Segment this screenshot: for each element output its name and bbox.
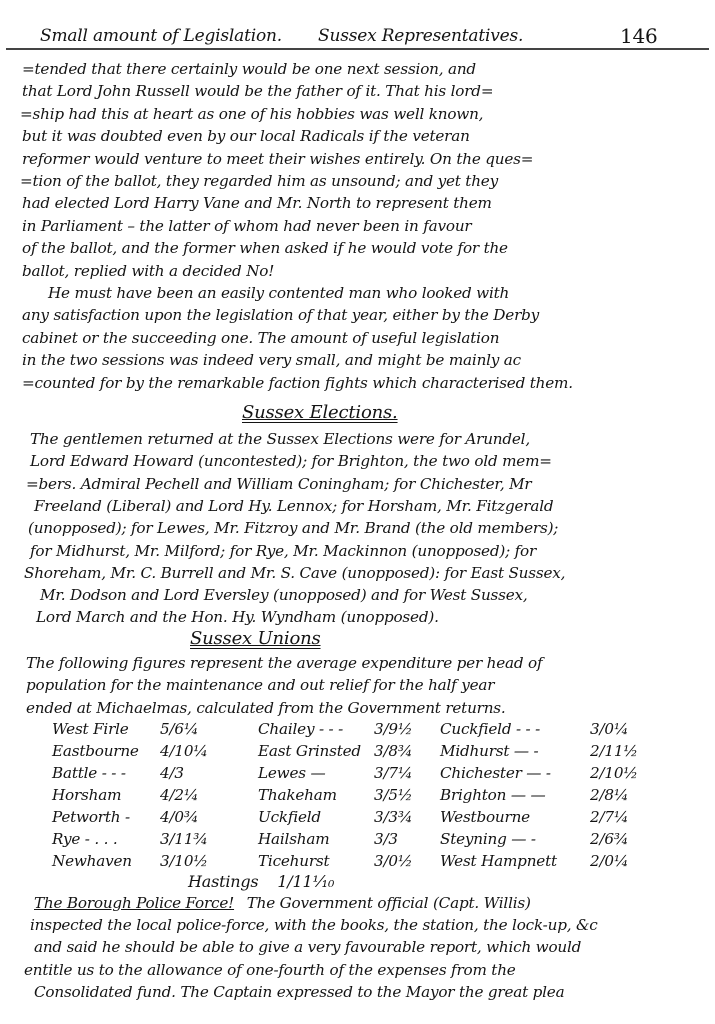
union-name: Horsham	[52, 786, 121, 804]
text-line: Lord March and the Hon. Hy. Wyndham (uno…	[36, 608, 439, 626]
text-line: =counted for by the remarkable faction f…	[22, 374, 573, 392]
union-row: Cuckfield - - -3/0¼	[440, 720, 540, 738]
union-value: 1/11⅒	[277, 872, 334, 891]
union-value: 3/10½	[160, 852, 208, 870]
union-row: East Grinsted3/8¾	[258, 742, 361, 760]
union-value: 2/11½	[590, 742, 638, 760]
union-row: Steyning — -2/6¾	[440, 830, 536, 848]
union-value: 3/0¼	[590, 720, 628, 738]
header-center-title: Sussex Representatives.	[318, 26, 523, 46]
union-name: Midhurst — -	[440, 742, 538, 760]
union-value: 3/5½	[374, 786, 412, 804]
hastings-row: Hastings 1/11⅒	[188, 872, 334, 891]
union-value: 4/0¾	[160, 808, 198, 826]
text-line: ballot, replied with a decided No!	[22, 262, 274, 280]
text-line: =bers. Admiral Pechell and William Conin…	[26, 475, 532, 493]
text-line: The gentlemen returned at the Sussex Ele…	[30, 430, 530, 448]
text-line: (unopposed); for Lewes, Mr. Fitzroy and …	[28, 519, 558, 537]
union-value: 3/3	[374, 830, 398, 848]
union-row: Brighton — —2/8¼	[440, 786, 545, 804]
union-name: Cuckfield - - -	[440, 720, 540, 738]
union-value: 2/8¼	[590, 786, 628, 804]
text-line: any satisfaction upon the legislation of…	[22, 306, 539, 324]
union-value: 4/3	[160, 764, 184, 782]
text-line: ended at Michaelmas, calculated from the…	[26, 699, 506, 717]
union-value: 2/10½	[590, 764, 638, 782]
union-name: Uckfield	[258, 808, 321, 826]
text-line: had elected Lord Harry Vane and Mr. Nort…	[22, 194, 492, 212]
text-line: =tion of the ballot, they regarded him a…	[20, 172, 498, 190]
union-name: Hailsham	[258, 830, 329, 848]
text-line: He must have been an easily contented ma…	[48, 284, 509, 302]
union-name: Ticehurst	[258, 852, 329, 870]
text-line: and said he should be able to give a ver…	[34, 938, 581, 956]
union-value: 3/9½	[374, 720, 412, 738]
union-value: 4/10¼	[160, 742, 208, 760]
union-name: Hastings	[188, 872, 258, 891]
heading-sussex-elections: Sussex Elections.	[242, 402, 398, 423]
union-value: 2/6¾	[590, 830, 628, 848]
union-row: Lewes —3/7¼	[258, 764, 325, 782]
text-line: reformer would venture to meet their wis…	[22, 150, 533, 168]
text-line: inspected the local police-force, with t…	[30, 916, 598, 934]
text-line: entitle us to the allowance of one-fourt…	[24, 961, 516, 979]
text-line: that Lord John Russell would be the fath…	[22, 82, 493, 100]
union-name: Chichester — -	[440, 764, 551, 782]
union-name: Brighton — —	[440, 786, 545, 804]
text-line: Shoreham, Mr. C. Burrell and Mr. S. Cave…	[24, 564, 565, 582]
text-line: =tended that there certainly would be on…	[22, 60, 476, 78]
union-row: Midhurst — -2/11½	[440, 742, 538, 760]
union-row: Eastbourne4/10¼	[52, 742, 139, 760]
union-name: Westbourne	[440, 808, 530, 826]
page-number: 146	[620, 24, 658, 48]
union-value: 2/0¼	[590, 852, 628, 870]
union-name: Chailey - - -	[258, 720, 343, 738]
union-row: Chichester — -2/10½	[440, 764, 551, 782]
union-row: Westbourne2/7¼	[440, 808, 530, 826]
text-line: of the ballot, and the former when asked…	[22, 239, 508, 257]
union-name: West Firle	[52, 720, 129, 738]
union-value: 5/6¼	[160, 720, 198, 738]
text-line: population for the maintenance and out r…	[26, 676, 494, 694]
police-line: The Government official (Capt. Willis)	[247, 894, 531, 912]
union-name: Thakeham	[258, 786, 337, 804]
union-row: Petworth -4/0¾	[52, 808, 130, 826]
union-row: Battle - - -4/3	[52, 764, 126, 782]
union-value: 3/8¾	[374, 742, 412, 760]
union-name: Rye - . . .	[52, 830, 117, 848]
text-line: for Midhurst, Mr. Milford; for Rye, Mr. …	[30, 542, 536, 560]
union-name: East Grinsted	[258, 742, 361, 760]
union-name: Lewes —	[258, 764, 325, 782]
union-row: Uckfield3/3¾	[258, 808, 321, 826]
union-value: 3/3¾	[374, 808, 412, 826]
union-value: 2/7¼	[590, 808, 628, 826]
union-name: Battle - - -	[52, 764, 126, 782]
union-row: West Hampnett2/0¼	[440, 852, 557, 870]
union-value: 4/2¼	[160, 786, 198, 804]
heading-borough-police: The Borough Police Force!	[34, 894, 234, 912]
union-row: Ticehurst3/0½	[258, 852, 329, 870]
union-row: West Firle5/6¼	[52, 720, 129, 738]
text-line: Consolidated fund. The Captain expressed…	[34, 983, 564, 1001]
union-name: Newhaven	[52, 852, 132, 870]
union-row: Newhaven3/10½	[52, 852, 132, 870]
text-line: =ship had this at heart as one of his ho…	[20, 105, 483, 123]
text-line: but it was doubted even by our local Rad…	[22, 127, 470, 145]
text-line: Freeland (Liberal) and Lord Hy. Lennox; …	[34, 497, 553, 515]
heading-sussex-unions: Sussex Unions	[190, 628, 321, 649]
union-row: Thakeham3/5½	[258, 786, 337, 804]
text-line: in the two sessions was indeed very smal…	[22, 351, 521, 369]
text-line: The following figures represent the aver…	[26, 654, 542, 672]
union-row: Hailsham3/3	[258, 830, 329, 848]
union-value: 3/0½	[374, 852, 412, 870]
union-name: West Hampnett	[440, 852, 557, 870]
union-row: Rye - . . .3/11¾	[52, 830, 117, 848]
police-first-line: The Borough Police Force! The Government…	[34, 894, 531, 912]
union-name: Petworth -	[52, 808, 130, 826]
union-value: 3/7¼	[374, 764, 412, 782]
text-line: Mr. Dodson and Lord Eversley (unopposed)…	[40, 586, 528, 604]
header-left-title: Small amount of Legislation.	[40, 26, 282, 46]
text-line: Lord Edward Howard (uncontested); for Br…	[30, 452, 552, 470]
union-value: 3/11¾	[160, 830, 208, 848]
union-row: Horsham4/2¼	[52, 786, 121, 804]
union-name: Eastbourne	[52, 742, 139, 760]
union-row: Chailey - - -3/9½	[258, 720, 343, 738]
text-line: in Parliament – the latter of whom had n…	[22, 217, 471, 235]
header-rule	[6, 48, 709, 50]
union-name: Steyning — -	[440, 830, 536, 848]
text-line: cabinet or the succeeding one. The amoun…	[22, 329, 499, 347]
